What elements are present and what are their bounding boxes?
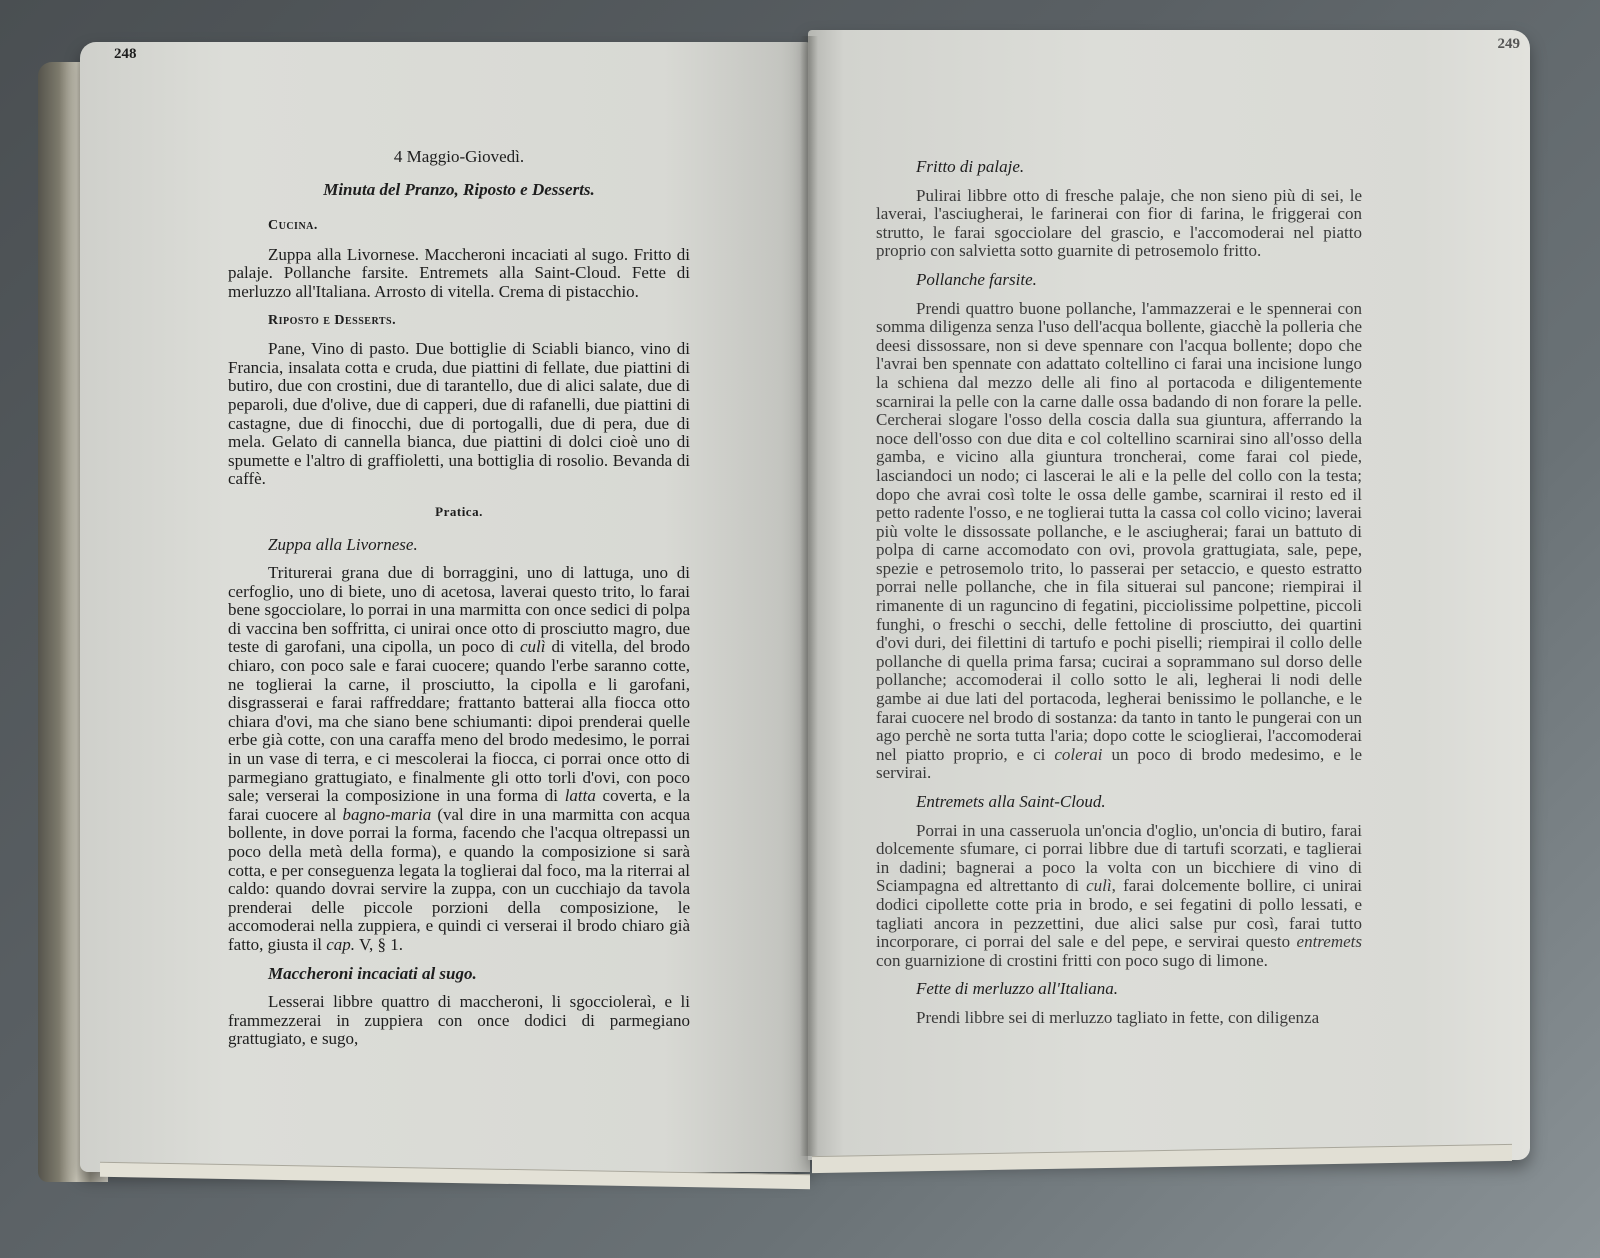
running-head: 4 Maggio-Giovedì. [228,148,690,167]
page-number-left: 248 [114,46,137,63]
section-text-riposto: Pane, Vino di pasto. Due bottiglie di Sc… [228,340,690,489]
book-gutter [800,36,818,1156]
menu-title: Minuta del Pranzo, Riposto e Desserts. [228,181,690,200]
recipe-text-fritto: Pulirai libbre otto di fresche palaje, c… [876,187,1362,261]
right-page-text: Fritto di palaje. Pulirai libbre otto di… [876,130,1362,1038]
page-number-right: 249 [1498,36,1521,53]
recipe-title-maccheroni: Maccheroni incaciati al sugo. [268,965,690,984]
recipe-title-zuppa: Zuppa alla Livornese. [268,536,690,555]
section-text-cucina: Zuppa alla Livornese. Maccheroni incacia… [228,246,690,302]
left-page-text: 4 Maggio-Giovedì. Minuta del Pranzo, Rip… [228,132,690,1059]
section-heading-riposto: Riposto e Desserts. [268,312,690,331]
recipe-text-entremets: Porrai in una casseruola un'oncia d'ogli… [876,822,1362,971]
recipe-text-fette: Prendi libbre sei di merluzzo tagliato i… [876,1009,1362,1028]
recipe-text-pollanche: Prendi quattro buone pollanche, l'ammazz… [876,300,1362,783]
pratica-heading: Pratica. [228,503,690,522]
recipe-title-fette: Fette di merluzzo all'Italiana. [916,980,1362,999]
recipe-title-entremets: Entremets alla Saint-Cloud. [916,793,1362,812]
recipe-text-maccheroni: Lesserai libbre quattro di maccheroni, l… [228,993,690,1049]
open-book: 248 249 4 Maggio-Giovedì. Minuta del Pra… [0,0,1600,1258]
recipe-title-pollanche: Pollanche farsite. [916,271,1362,290]
recipe-title-fritto: Fritto di palaje. [916,158,1362,177]
section-heading-cucina: Cucina. [268,217,690,236]
recipe-text-zuppa: Triturerai grana due di borraggini, uno … [228,564,690,954]
